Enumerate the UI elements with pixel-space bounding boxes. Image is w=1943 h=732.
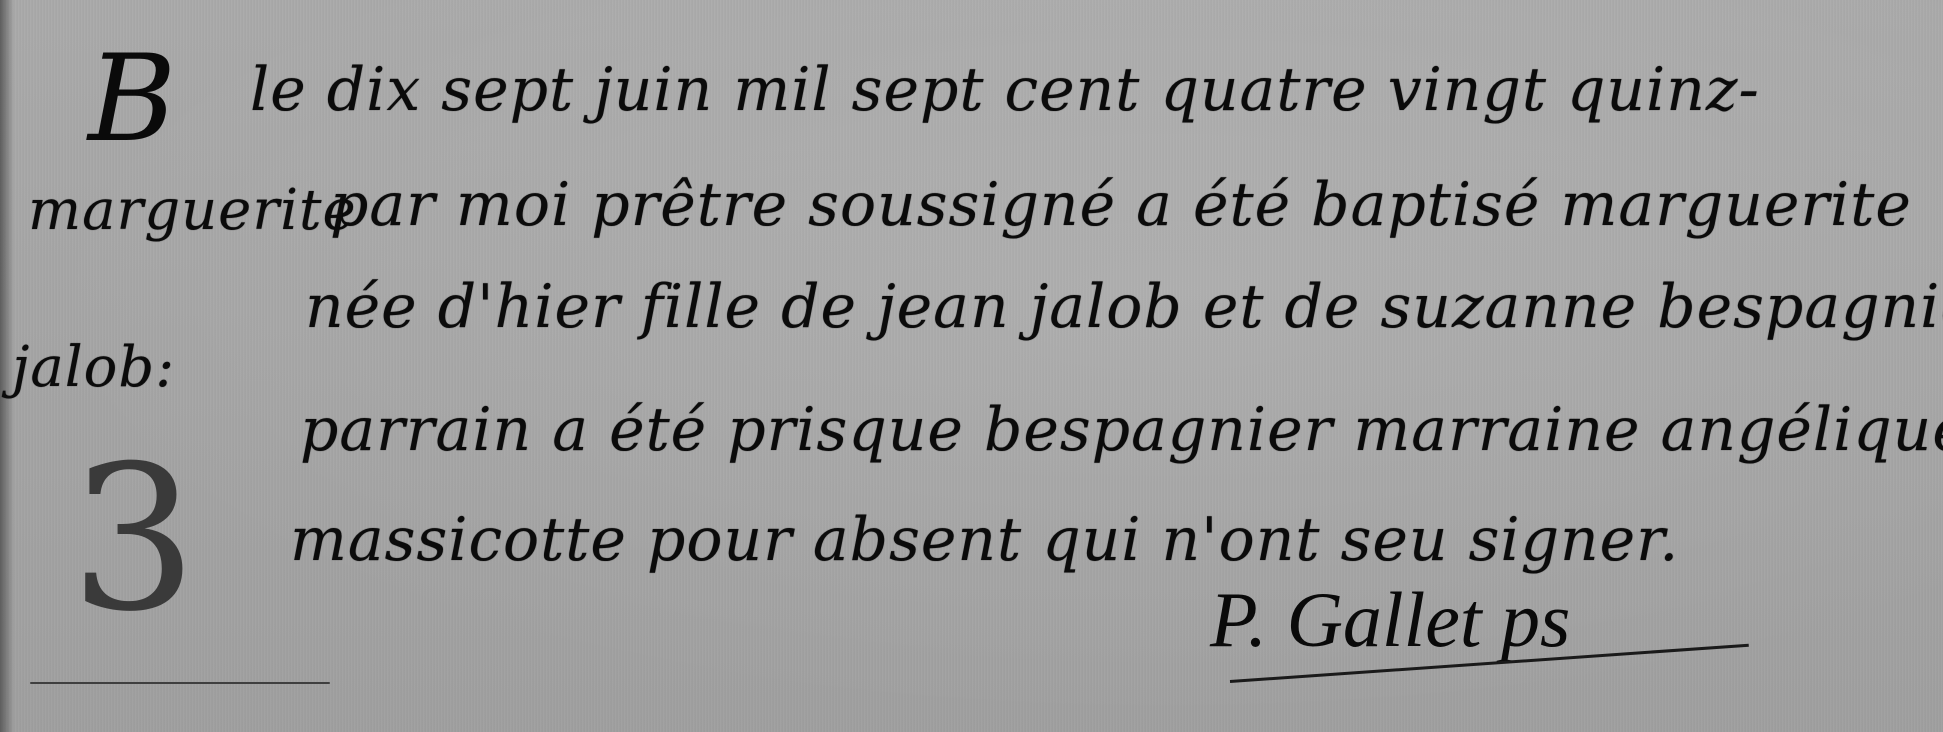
entry-number: 3 xyxy=(70,440,197,640)
baptism-initial: B xyxy=(88,40,176,160)
text-line-3: née d'hier fille de jean jalob et de suz… xyxy=(305,272,1943,342)
text-line-4: parrain a été prisque bespagnier marrain… xyxy=(300,395,1943,465)
margin-name-last: jalob: xyxy=(12,335,175,400)
text-line-2: par moi prêtre soussigné a été baptisé m… xyxy=(330,170,1912,240)
priest-signature: P. Gallet ps xyxy=(1210,575,1570,665)
margin-rule xyxy=(30,682,330,684)
text-line-1: le dix sept juin mil sept cent quatre vi… xyxy=(250,55,1760,125)
text-line-5: massicotte pour absent qui n'ont seu sig… xyxy=(290,505,1679,575)
register-page: B marguerite jalob: 3 le dix sept juin m… xyxy=(0,0,1943,732)
margin-name-first: marguerite xyxy=(28,178,357,243)
